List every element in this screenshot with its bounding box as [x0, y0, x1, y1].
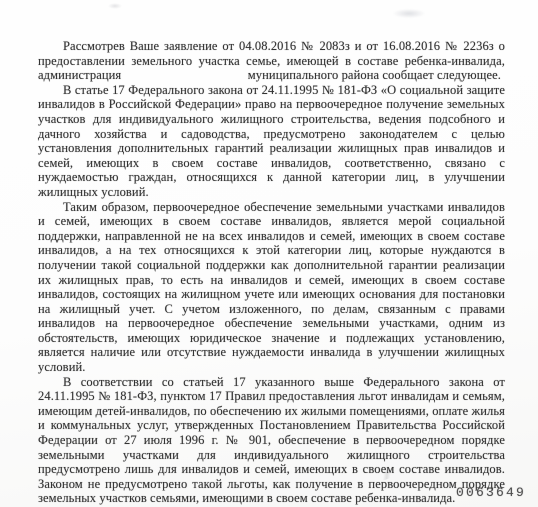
paragraph-thus-social-support: Таким образом, первоочередное обеспечени… — [38, 200, 505, 375]
paragraph-federal-law-article-17: В статье 17 Федерального закона от 24.11… — [38, 83, 505, 200]
paragraph-1-text-after-redaction: муниципального района сообщает следующее… — [248, 68, 501, 82]
redacted-municipality-name-gap — [125, 78, 245, 79]
paragraph-conclusion-resolution-901: В соответствии со статьей 17 указанного … — [38, 375, 505, 506]
letter-body: Рассмотрев Ваше заявление от 04.08.2016 … — [38, 39, 505, 506]
registration-stamp-number: 0063649 — [456, 485, 526, 500]
paragraph-application-review: Рассмотрев Ваше заявление от 04.08.2016 … — [38, 39, 505, 83]
scan-smudge-top-left — [108, 3, 122, 9]
scanned-letter-page: Рассмотрев Ваше заявление от 04.08.2016 … — [0, 0, 538, 507]
scan-smudge-top-center — [393, 9, 425, 18]
